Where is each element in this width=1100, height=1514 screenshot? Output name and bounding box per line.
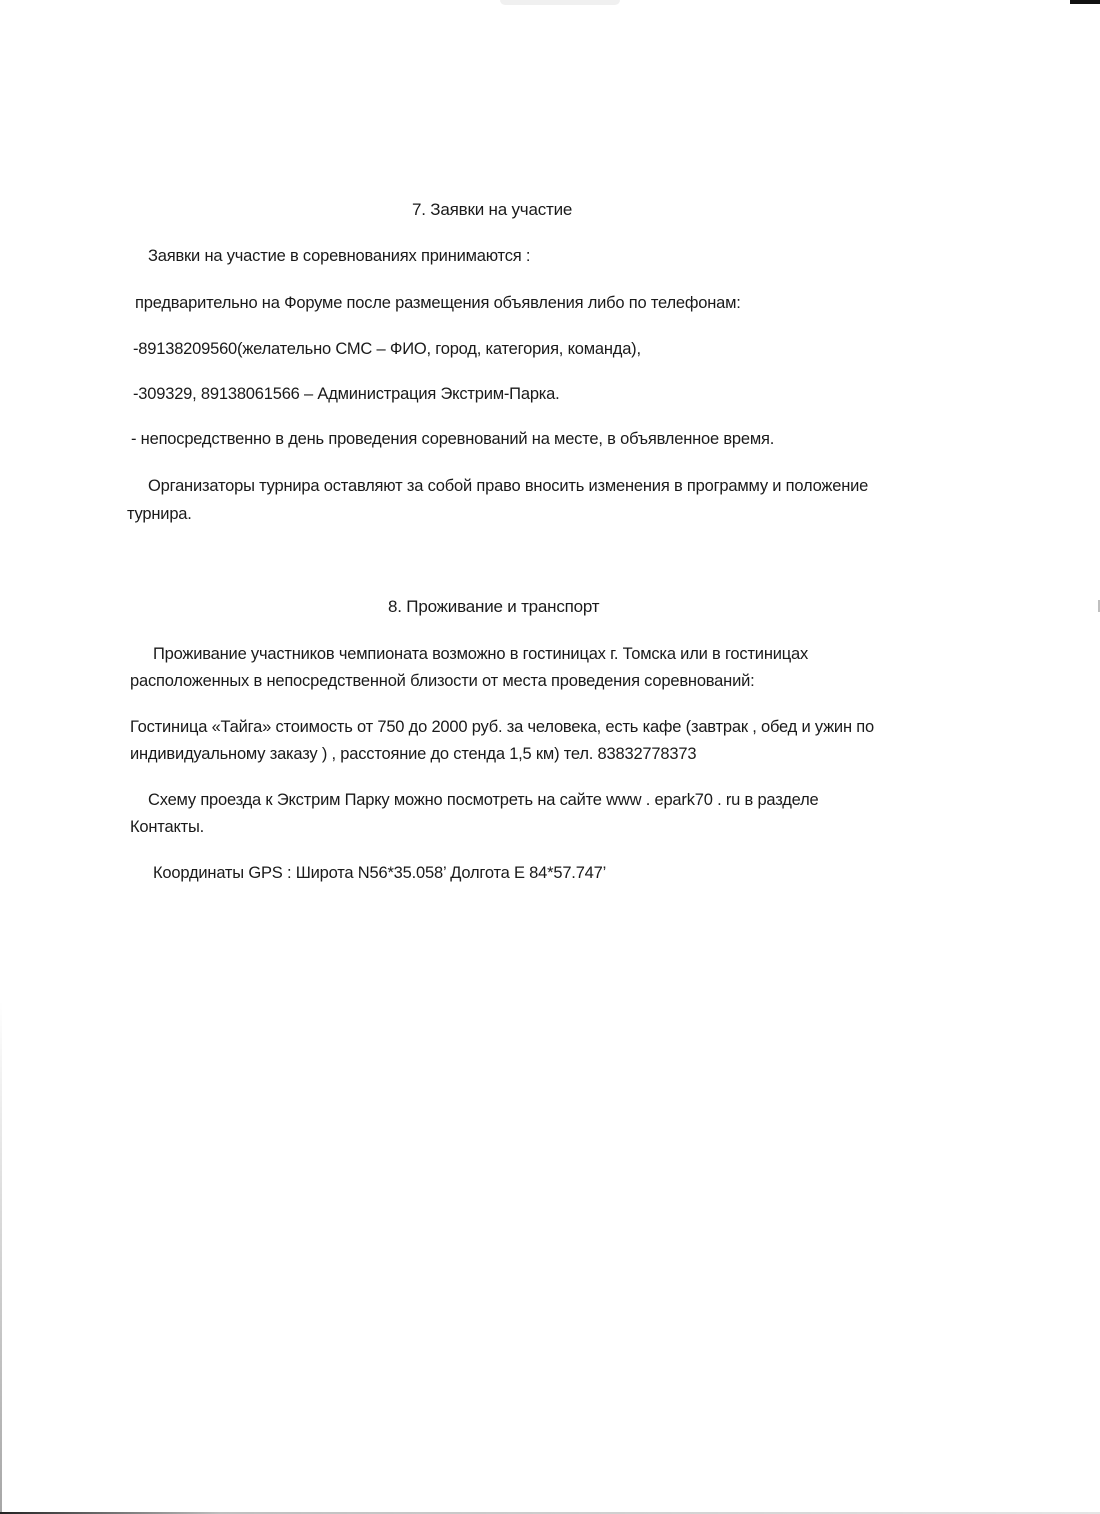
section-7-paragraph-intro: Заявки на участие в соревнованиях приним… bbox=[148, 247, 530, 266]
section-8-hotel-taiga: Гостиница «Тайга» стоимость от 750 до 20… bbox=[130, 718, 874, 737]
scan-smudge bbox=[500, 0, 620, 5]
scan-edge-mark bbox=[1070, 0, 1100, 4]
section-7-phone-2: -309329, 89138061566 – Администрация Экс… bbox=[133, 385, 560, 404]
section-8-accommodation: Проживание участников чемпионата возможн… bbox=[153, 645, 808, 664]
section-7-heading: 7. Заявки на участие bbox=[412, 200, 572, 220]
section-8-gps-coordinates: Координаты GPS : Широта N56*35.058’ Долг… bbox=[153, 864, 606, 883]
section-8-hotel-taiga-cont: индивидуальному заказу ) , расстояние до… bbox=[130, 745, 696, 764]
section-8-directions-cont: Контакты. bbox=[130, 818, 204, 837]
section-7-organizers-note: Организаторы турнира оставляют за собой … bbox=[148, 477, 868, 496]
section-7-onsite: - непосредственно в день проведения соре… bbox=[131, 430, 774, 449]
section-8-heading: 8. Проживание и транспорт bbox=[388, 597, 599, 617]
section-8-directions: Схему проезда к Экстрим Парку можно посм… bbox=[148, 791, 819, 810]
section-7-organizers-note-cont: турнира. bbox=[127, 505, 192, 524]
section-7-phone-1: -89138209560(желательно СМС – ФИО, город… bbox=[133, 340, 641, 359]
scan-edge-shadow bbox=[0, 1000, 2, 1514]
section-7-paragraph-forum: предварительно на Форуме после размещени… bbox=[135, 294, 741, 313]
section-8-accommodation-cont: расположенных в непосредственной близост… bbox=[130, 672, 755, 691]
scanned-document-page: 7. Заявки на участие Заявки на участие в… bbox=[0, 0, 1100, 1514]
